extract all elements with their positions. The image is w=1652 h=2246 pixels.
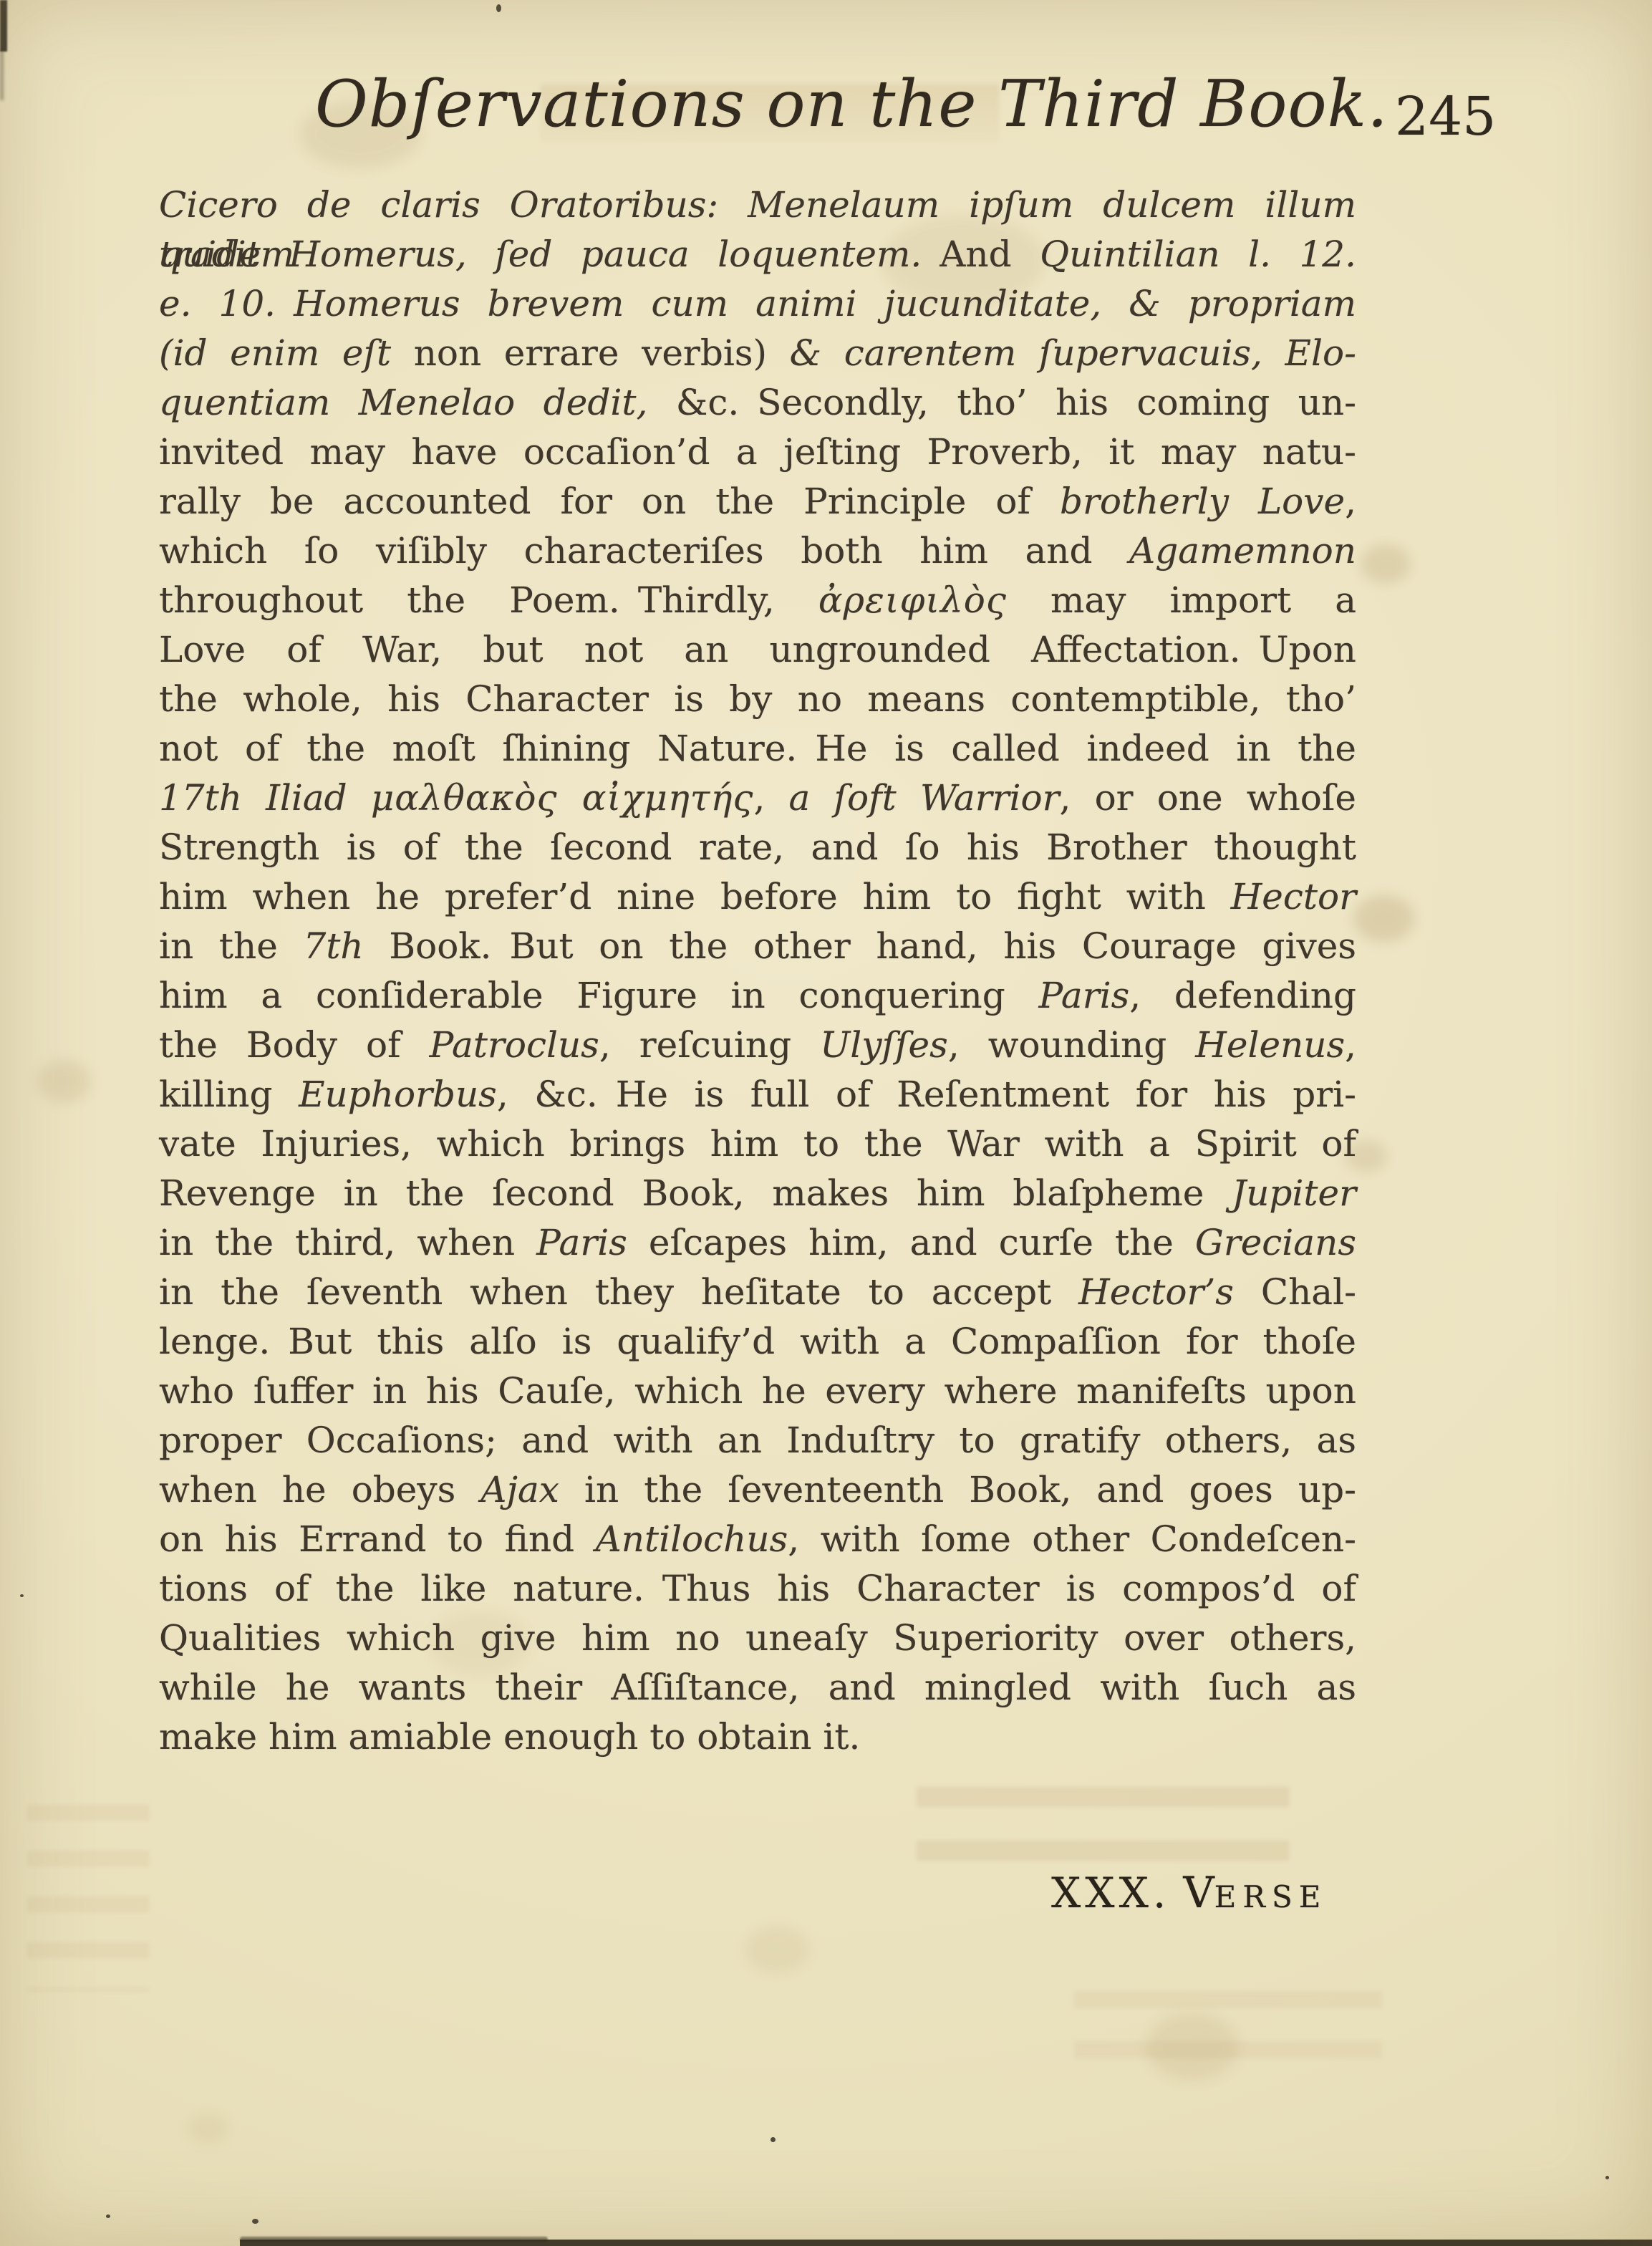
text-segment: the Body of [159, 1024, 430, 1066]
stain [37, 1060, 91, 1103]
italic-text-segment: a ſoft Warrior [789, 777, 1060, 819]
text-line: tradit Homerus, ſed pauca loquentem. And… [159, 230, 1356, 279]
speck [1605, 2176, 1609, 2179]
italic-text-segment: Euphorbus [299, 1074, 497, 1115]
stain [1353, 895, 1414, 942]
text-segment: invited may have occaſion’d a jeſting Pr… [159, 431, 1356, 473]
italic-text-segment: Paris [1038, 975, 1129, 1016]
text-segment: eſcapes him, and curſe the [627, 1222, 1195, 1263]
text-line: tions of the like nature. Thus his Chara… [159, 1564, 1356, 1614]
text-line: (id enim eſt non errare verbis) & carent… [159, 329, 1356, 378]
text-segment: which ſo viſibly characteriſes both him … [159, 530, 1129, 572]
scan-edge-top-left-fade [0, 50, 4, 100]
text-segment: who ſuffer in his Cauſe, which he every … [159, 1370, 1356, 1412]
text-line: Strength is of the ſecond rate, and ſo h… [159, 823, 1356, 872]
text-segment: rally be accounted for on the Principle … [159, 481, 1060, 522]
text-segment: Revenge in the ſecond Book, makes him bl… [159, 1172, 1232, 1214]
italic-text-segment: Ulyſſes [820, 1024, 948, 1066]
text-segment: , with ſome other Condeſcen- [788, 1518, 1356, 1560]
text-line: rally be accounted for on the Principle … [159, 477, 1356, 526]
page-number: 245 [1395, 86, 1496, 148]
stain [186, 2113, 229, 2145]
italic-text-segment: Helenus [1195, 1024, 1345, 1066]
text-segment: while he wants their Aſſiſtance, and min… [159, 1667, 1356, 1708]
text-line: who ſuffer in his Cauſe, which he every … [159, 1367, 1356, 1416]
text-segment: Strength is of the ſecond rate, and ſo h… [159, 826, 1356, 868]
scanned-book-page: Obſervations on the Third Book. 245 Cice… [0, 0, 1652, 2246]
speck [496, 4, 501, 12]
text-segment: And [922, 233, 1040, 275]
stain [1146, 2013, 1239, 2081]
page-title: Obſervations on the Third Book. [315, 69, 1388, 140]
text-segment: in the ſeventh when they heſitate to acc… [159, 1271, 1078, 1313]
text-line: in the third, when Paris eſcapes him, an… [159, 1218, 1356, 1268]
text-line: in the ſeventh when they heſitate to acc… [159, 1268, 1356, 1317]
italic-text-segment: Antilochus [596, 1518, 788, 1560]
text-segment: , &c. He is full of Reſentment for his p… [497, 1074, 1356, 1115]
catchword: XXX.VERSE [1051, 1868, 1327, 1918]
text-segment: proper Occaſions; and with an Induſtry t… [159, 1420, 1356, 1461]
text-segment: Chal- [1234, 1271, 1356, 1313]
text-segment: , [753, 777, 788, 819]
text-line: in the 7th Book. But on the other hand, … [159, 922, 1356, 971]
text-segment: in the [159, 925, 304, 967]
text-segment: , wounding [948, 1024, 1195, 1066]
text-line: while he wants their Aſſiſtance, and min… [159, 1663, 1356, 1712]
text-line: throughout the Poem. Thirdly, ἀρειφιλὸς … [159, 576, 1356, 625]
text-line: not of the moſt ſhining Nature. He is ca… [159, 724, 1356, 773]
text-segment: Love of War, but not an ungrounded Affec… [159, 629, 1356, 670]
text-segment: &c. Secondly, tho’ his coming un- [676, 382, 1356, 423]
scan-edge-top-left [0, 0, 7, 52]
speck [252, 2219, 259, 2224]
text-line: invited may have occaſion’d a jeſting Pr… [159, 428, 1356, 477]
text-segment: , [1345, 1024, 1356, 1066]
italic-text-segment: Grecians [1195, 1222, 1356, 1263]
text-segment: may import a [1007, 579, 1356, 621]
text-line: quentiam Menelao dedit, &c. Secondly, th… [159, 378, 1356, 428]
text-segment: on his Errand to find [159, 1518, 596, 1560]
text-line: lenge. But this alſo is qualify’d with a… [159, 1317, 1356, 1367]
text-segment: when he obeys [159, 1469, 480, 1510]
text-segment: vate Injuries, which brings him to the W… [159, 1123, 1356, 1165]
greek-text-segment: μαλθακὸς αἰχμητής [371, 777, 754, 819]
italic-text-segment: Hector’s [1078, 1271, 1234, 1313]
text-line: killing Euphorbus, &c. He is full of Reſ… [159, 1070, 1356, 1119]
text-line: e. 10. Homerus brevem cum animi jucundit… [159, 279, 1356, 329]
body-text-block: Cicero de claris Oratoribus: Menelaum ip… [159, 180, 1356, 1762]
text-segment: Qualities which give him no uneaſy Super… [159, 1617, 1356, 1659]
speck [106, 2214, 110, 2218]
stain [745, 1927, 809, 1973]
italic-text-segment: Quintilian l. 12. [1040, 233, 1356, 275]
italic-text-segment: Hector [1231, 876, 1356, 917]
text-line: when he obeys Ajax in the ſeventeenth Bo… [159, 1465, 1356, 1515]
text-segment: tions of the like nature. Thus his Chara… [159, 1568, 1356, 1609]
text-segment: in the ſeventeenth Book, and goes up- [559, 1469, 1356, 1510]
text-segment: lenge. But this alſo is qualify’d with a… [159, 1321, 1356, 1362]
text-line: Love of War, but not an ungrounded Affec… [159, 625, 1356, 675]
italic-text-segment: 17th Iliad [159, 777, 371, 819]
catchword-word-initial: V [1183, 1868, 1214, 1918]
italic-text-segment: Agamemnon [1129, 530, 1356, 572]
catchword-word-rest: ERSE [1214, 1879, 1328, 1914]
text-segment: the whole, his Character is by no means … [159, 678, 1356, 720]
text-segment: not of the moſt ſhining Nature. He is ca… [159, 728, 1356, 769]
text-line: 17th Iliad μαλθακὸς αἰχμητής, a ſoft War… [159, 773, 1356, 823]
text-segment: him when he prefer’d nine before him to … [159, 876, 1231, 917]
text-segment: in the third, when [159, 1222, 536, 1263]
text-line: Revenge in the ſecond Book, makes him bl… [159, 1169, 1356, 1218]
italic-text-segment: e. 10. Homerus brevem cum animi jucundit… [159, 283, 1356, 324]
showthrough-left-margin [27, 1805, 149, 1991]
italic-text-segment: Paris [536, 1222, 627, 1263]
italic-text-segment: tradit Homerus, ſed pauca loquentem. [159, 233, 922, 275]
catchword-numeral: XXX. [1051, 1869, 1170, 1917]
text-segment: non errare verbis) [414, 332, 790, 374]
text-segment: him a conſiderable Figure in conquering [159, 975, 1038, 1016]
stain [1361, 544, 1411, 584]
speck [771, 2137, 776, 2142]
text-line: Cicero de claris Oratoribus: Menelaum ip… [159, 180, 1356, 230]
text-segment: , defending [1129, 975, 1356, 1016]
italic-text-segment: (id enim eſt [159, 332, 414, 374]
text-line: which ſo viſibly characteriſes both him … [159, 526, 1356, 576]
text-line: the whole, his Character is by no means … [159, 675, 1356, 724]
italic-text-segment: Jupiter [1232, 1172, 1356, 1214]
italic-text-segment: brotherly Love [1060, 481, 1345, 522]
text-segment: make him amiable enough to obtain it. [159, 1716, 860, 1758]
text-line: Qualities which give him no uneaſy Super… [159, 1614, 1356, 1663]
italic-text-segment: & carentem ſupervacuis, Elo- [790, 332, 1356, 374]
text-line: proper Occaſions; and with an Induſtry t… [159, 1416, 1356, 1465]
text-line: him a conſiderable Figure in conquering … [159, 971, 1356, 1021]
text-line: the Body of Patroclus, reſcuing Ulyſſes,… [159, 1021, 1356, 1070]
text-line: him when he prefer’d nine before him to … [159, 872, 1356, 922]
text-segment: , reſcuing [599, 1024, 820, 1066]
greek-text-segment: ἀρειφιλὸς [818, 579, 1007, 621]
text-segment: , [1345, 481, 1356, 522]
italic-text-segment: quentiam Menelao dedit, [159, 382, 676, 423]
text-segment: Book. But on the other hand, his Courage… [389, 925, 1356, 967]
italic-text-segment: Ajax [480, 1469, 559, 1510]
text-line: on his Errand to find Antilochus, with ſ… [159, 1515, 1356, 1564]
speck [20, 1594, 24, 1597]
text-segment: killing [159, 1074, 299, 1115]
scan-edge-bottom-thick [240, 2237, 548, 2242]
text-line: vate Injuries, which brings him to the W… [159, 1119, 1356, 1169]
text-segment: , or one whoſe [1060, 777, 1357, 819]
text-line: make him amiable enough to obtain it. [159, 1712, 1356, 1762]
text-segment: throughout the Poem. Thirdly, [159, 579, 818, 621]
italic-text-segment: Patroclus [430, 1024, 599, 1066]
italic-text-segment: 7th [304, 925, 390, 967]
